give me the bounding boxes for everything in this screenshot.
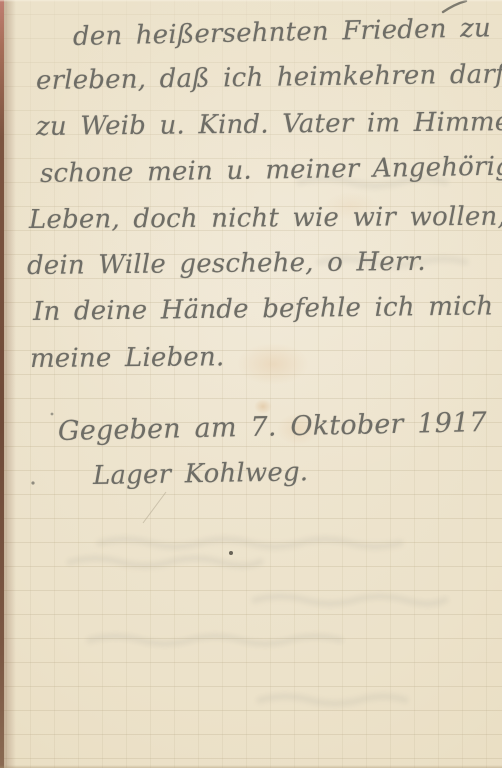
handwritten-line: schone mein u. meiner Angehörigen <box>40 153 502 187</box>
page-top-edge <box>0 0 502 2</box>
handwritten-line: meine Lieben. <box>30 344 225 372</box>
handwritten-line: Leben, doch nicht wie wir wollen, <box>29 204 502 233</box>
handwritten-line: In deine Hände befehle ich mich u. <box>33 293 502 325</box>
handwritten-line: zu Weib u. Kind. Vater im Himmel, <box>36 109 502 140</box>
handwritten-line: erleben, daß ich heimkehren darf <box>36 61 502 94</box>
binding-edge-shadow <box>4 0 16 768</box>
handwritten-location: Lager Kohlweg. <box>93 459 309 489</box>
handwritten-line: dein Wille geschehe, o Herr. <box>27 249 426 279</box>
manuscript-page: den heißersehnten Frieden zu erleben, da… <box>0 0 502 768</box>
